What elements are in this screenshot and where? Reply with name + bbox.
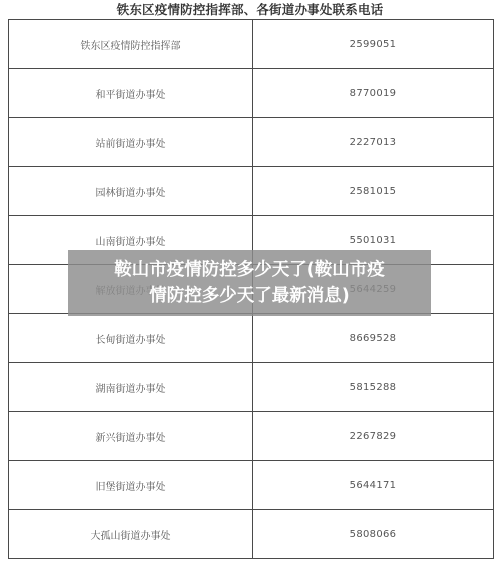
phone-number: 2227013: [253, 118, 494, 167]
headline-overlay: 鞍山市疫情防控多少天了(鞍山市疫 情防控多少天了最新消息): [68, 250, 431, 316]
phone-number: 2599051: [253, 20, 494, 69]
phone-number: 8669528: [253, 314, 494, 363]
office-name: 铁东区疫情防控指挥部: [9, 20, 253, 69]
table-row: 旧堡街道办事处 5644171: [9, 461, 494, 510]
document-title: 铁东区疫情防控指挥部、各街道办事处联系电话: [0, 0, 500, 19]
table-row: 湖南街道办事处 5815288: [9, 363, 494, 412]
phone-number: 8770019: [253, 69, 494, 118]
office-name: 长甸街道办事处: [9, 314, 253, 363]
headline-line-1: 鞍山市疫情防控多少天了(鞍山市疫: [114, 257, 385, 283]
office-name: 新兴街道办事处: [9, 412, 253, 461]
office-name: 旧堡街道办事处: [9, 461, 253, 510]
phone-number: 5808066: [253, 510, 494, 559]
table-row: 园林街道办事处 2581015: [9, 167, 494, 216]
table-row: 长甸街道办事处 8669528: [9, 314, 494, 363]
phone-number: 5815288: [253, 363, 494, 412]
office-name: 湖南街道办事处: [9, 363, 253, 412]
table-row: 铁东区疫情防控指挥部 2599051: [9, 20, 494, 69]
table-row: 站前街道办事处 2227013: [9, 118, 494, 167]
table-row: 和平街道办事处 8770019: [9, 69, 494, 118]
headline-line-2: 情防控多少天了最新消息): [149, 283, 350, 309]
office-name: 和平街道办事处: [9, 69, 253, 118]
table-row: 大孤山街道办事处 5808066: [9, 510, 494, 559]
office-name: 园林街道办事处: [9, 167, 253, 216]
table-row: 新兴街道办事处 2267829: [9, 412, 494, 461]
phone-number: 5644171: [253, 461, 494, 510]
office-name: 站前街道办事处: [9, 118, 253, 167]
phone-number: 2581015: [253, 167, 494, 216]
phone-number: 2267829: [253, 412, 494, 461]
office-name: 大孤山街道办事处: [9, 510, 253, 559]
